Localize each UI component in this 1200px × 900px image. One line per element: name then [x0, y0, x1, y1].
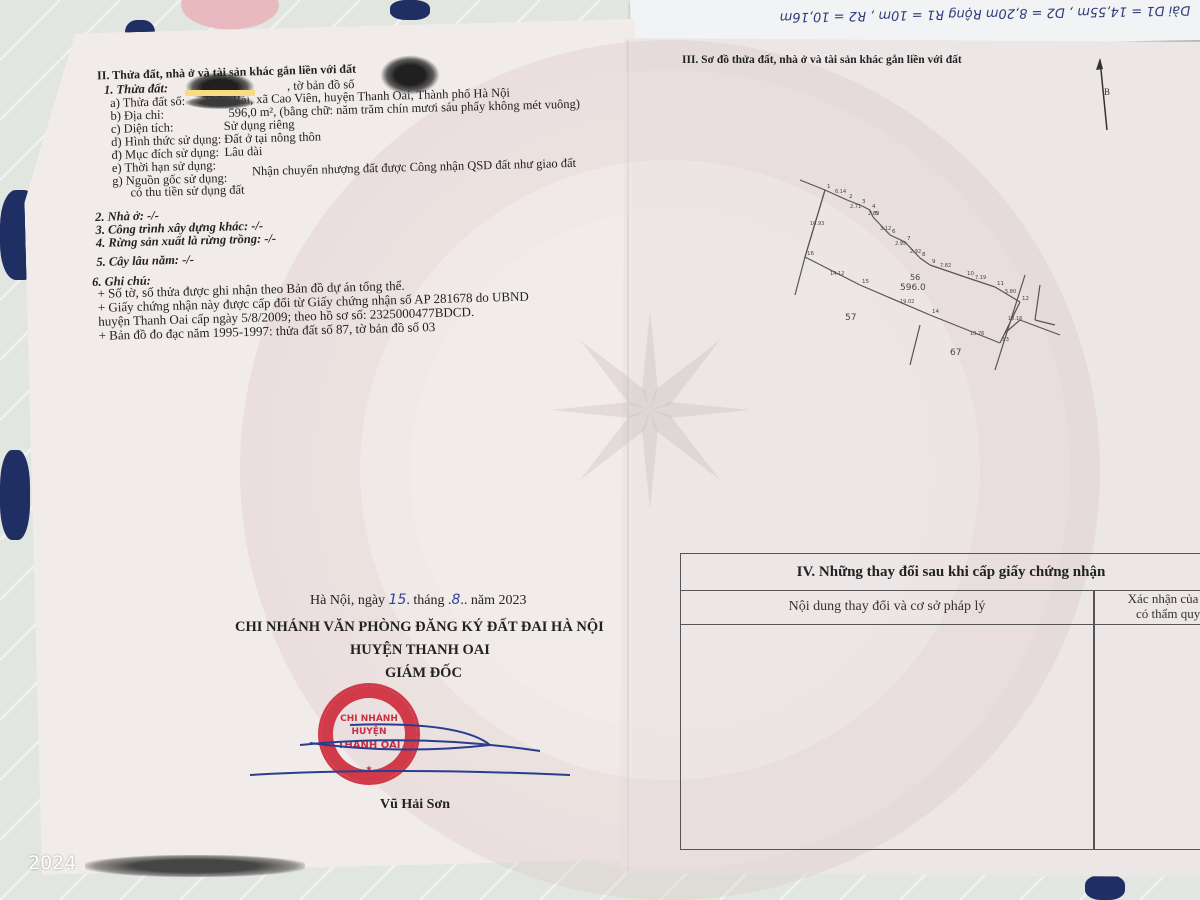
svg-text:19.02: 19.02 [900, 299, 914, 305]
svg-text:3.12: 3.12 [880, 226, 891, 232]
svg-text:6.14: 6.14 [835, 189, 846, 195]
issuing-district: HUYỆN THANH OAI [350, 643, 490, 657]
svg-text:57: 57 [845, 313, 856, 323]
redacted-highlight [185, 96, 255, 109]
redacted-serial [85, 855, 305, 877]
svg-text:7.82: 7.82 [940, 263, 951, 269]
col-confirmation-header: Xác nhận của cơ có thẩm quyề [1101, 591, 1200, 621]
svg-text:1: 1 [827, 184, 831, 190]
svg-text:9: 9 [932, 259, 936, 265]
svg-text:6: 6 [892, 229, 896, 235]
parcel-diagram: 123456789101112131415166.142.712.893.122… [790, 175, 1090, 385]
section-iii-title: III. Sơ đồ thửa đất, nhà ở và tài sản kh… [682, 53, 962, 67]
svg-text:10: 10 [967, 271, 974, 277]
svg-text:5.80: 5.80 [1005, 289, 1016, 295]
svg-text:2.92: 2.92 [910, 249, 921, 255]
svg-text:13.76: 13.76 [970, 331, 984, 337]
field-dd-value: Đất ở tại nông thôn [224, 129, 321, 146]
issue-date: Hà Nội, ngày 15. tháng .8.. năm 2023 [310, 593, 527, 608]
handwritten-dimensions: Dài D1 = 14,55m , D2 = 8,20m Rộng R1 = 1… [650, 2, 1190, 26]
svg-text:2: 2 [849, 194, 853, 200]
svg-text:B: B [1104, 87, 1110, 97]
section-iv-title: IV. Những thay đổi sau khi cấp giấy chứn… [681, 554, 1200, 591]
svg-text:16: 16 [807, 251, 814, 257]
changes-table-header: Nội dung thay đổi và cơ sở pháp lý Xác n… [681, 591, 1200, 625]
svg-text:11: 11 [997, 281, 1004, 287]
fabric-pattern [390, 0, 430, 20]
field-e-value: Lâu dài [224, 144, 262, 159]
svg-text:13: 13 [1002, 337, 1009, 343]
svg-text:10.16: 10.16 [1008, 316, 1022, 322]
svg-text:7: 7 [907, 236, 911, 242]
svg-text:3: 3 [862, 199, 866, 205]
fabric-pattern [0, 450, 30, 540]
signer-name: Vũ Hải Sơn [380, 798, 450, 812]
photo-timestamp: 2024 [28, 852, 76, 874]
svg-text:7.19: 7.19 [975, 275, 986, 281]
signature-scribble-icon [240, 715, 600, 785]
changes-table: IV. Những thay đổi sau khi cấp giấy chứn… [680, 553, 1200, 850]
svg-text:14: 14 [932, 309, 939, 315]
svg-text:2.95: 2.95 [895, 241, 906, 247]
svg-text:10.93: 10.93 [810, 221, 824, 227]
svg-text:56: 56 [910, 273, 920, 282]
item5-perennial-trees: 5. Cây lâu năm: -/- [96, 252, 194, 269]
svg-text:67: 67 [950, 348, 961, 358]
fabric-pattern [1085, 875, 1125, 900]
page-fold [627, 40, 631, 870]
svg-text:4: 4 [872, 204, 876, 210]
field-g-value-cont: có thu tiền sử dụng đất [130, 183, 244, 200]
svg-text:2.71: 2.71 [850, 204, 861, 210]
svg-text:14.12: 14.12 [830, 271, 844, 277]
svg-text:15: 15 [862, 279, 869, 285]
col-changes-header: Nội dung thay đổi và cơ sở pháp lý [681, 599, 1093, 615]
north-arrow-icon: B [1090, 55, 1120, 135]
svg-text:12: 12 [1022, 296, 1029, 302]
issuing-office: CHI NHÁNH VĂN PHÒNG ĐĂNG KÝ ĐẤT ĐAI HÀ N… [235, 620, 604, 634]
signer-title: GIÁM ĐỐC [385, 666, 462, 680]
svg-text:596.0: 596.0 [900, 283, 926, 293]
svg-text:8: 8 [922, 252, 926, 258]
table-divider [1093, 590, 1095, 849]
svg-text:2.89: 2.89 [868, 211, 879, 217]
